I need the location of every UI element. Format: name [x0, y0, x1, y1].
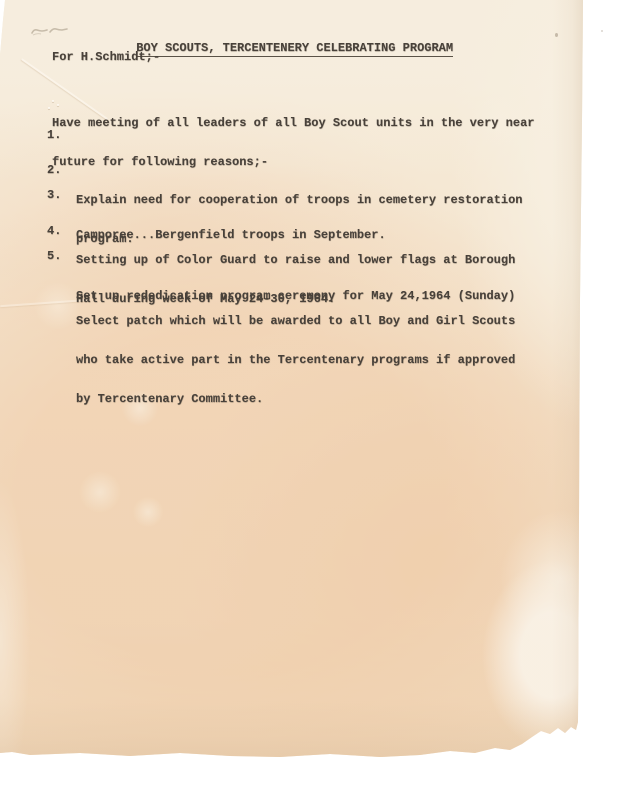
item-number: 5.: [47, 250, 61, 263]
pencil-scribble: [30, 24, 70, 38]
item-number: 2.: [47, 164, 61, 177]
scan-speck: [601, 30, 603, 32]
item-number: 1.: [47, 129, 61, 142]
scan-speck: [555, 33, 558, 37]
item-line: who take active part in the Tercentenary…: [76, 354, 515, 367]
list-item: 5. Select patch which will be awarded to…: [47, 250, 515, 458]
item-line: Select patch which will be awarded to al…: [76, 315, 515, 328]
scanned-page: BOY SCOUTS, TERCENTENERY CELEBRATING PRO…: [0, 0, 618, 762]
scanned-memo-screenshot: BOY SCOUTS, TERCENTENERY CELEBRATING PRO…: [0, 0, 618, 800]
page-title-text: BOY SCOUTS, TERCENTENERY CELEBRATING PRO…: [136, 42, 453, 57]
item-number: 4.: [47, 225, 61, 238]
item-line: by Tercentenary Committee.: [76, 393, 515, 406]
salutation: For H.Schmidt;-: [52, 51, 160, 64]
pinprick-mark: [48, 107, 50, 109]
item-number: 3.: [47, 189, 61, 202]
